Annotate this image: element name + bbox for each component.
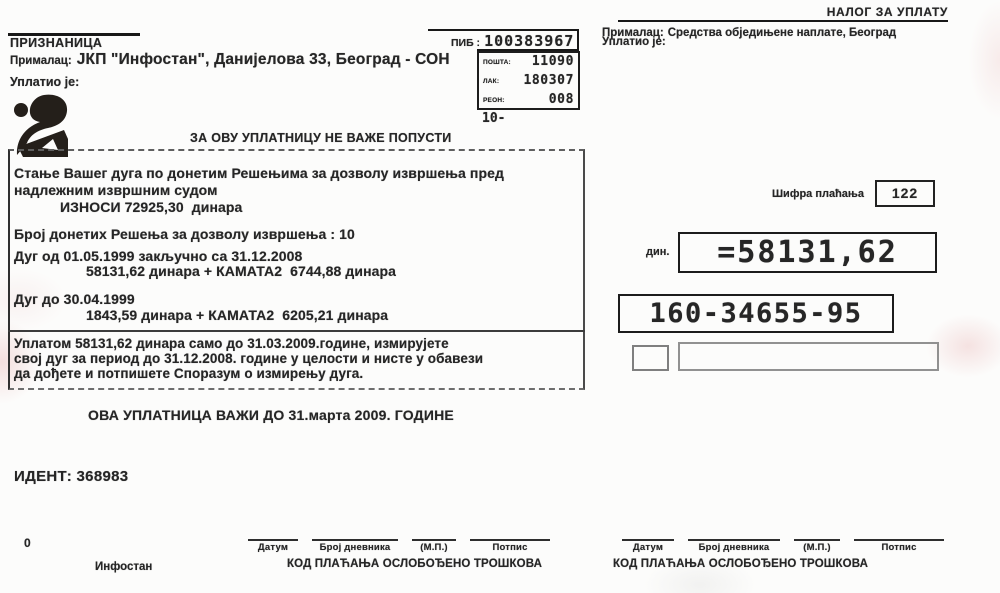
page-mark: 0 bbox=[24, 537, 31, 550]
receipt-title: ПРИЗНАНИЦА bbox=[10, 37, 102, 51]
empty-field-small bbox=[632, 345, 669, 371]
pib-label: ПИБ : bbox=[451, 38, 480, 50]
debt-box-divider bbox=[8, 330, 585, 332]
payment-code-label: Шифра плаћања bbox=[772, 188, 864, 200]
receipt-recipient-line: Прималац:ЈКП "Инфостан", Данијелова 33, … bbox=[10, 51, 450, 69]
currency-label: дин. bbox=[646, 246, 669, 258]
order-title-rule bbox=[618, 20, 948, 22]
posta-value: 11090 bbox=[511, 55, 574, 69]
signature-row-right: Датум Број дневника (М.П.) Потпис bbox=[622, 539, 944, 553]
debt-new-amount: 58131,62 динара + КАМАТА2 6744,88 динара bbox=[86, 264, 396, 279]
journal-number-field-label: Број дневника bbox=[688, 539, 780, 553]
debt-total-line: ИЗНОСИ 72925,30 динара bbox=[60, 200, 242, 215]
pib-value: 100383967 bbox=[484, 33, 574, 50]
pib-line: ПИБ : 100383967 bbox=[451, 33, 574, 50]
ident-number: ИДЕНТ: 368983 bbox=[14, 469, 128, 486]
signature-row-left: Датум Број дневника (М.П.) Потпис bbox=[248, 539, 550, 553]
stamp-field-label: (М.П.) bbox=[794, 539, 840, 553]
date-field-label: Датум bbox=[248, 539, 298, 553]
lak-value: 180307 bbox=[499, 74, 574, 88]
notice-line1: Уплатом 58131,62 динара само до 31.03.20… bbox=[14, 337, 449, 352]
order-recipient-value: Средства обједињене наплате, Београд bbox=[668, 27, 896, 39]
payment-code-box: 122 bbox=[875, 180, 935, 207]
order-title: НАЛОГ ЗА УПЛАТУ bbox=[618, 6, 948, 19]
debt-old-label: Дуг до 30.04.1999 bbox=[14, 292, 135, 307]
order-payer-label: Уплатио је: bbox=[602, 36, 666, 49]
reon-label: РЕОН: bbox=[483, 97, 505, 104]
lak-row: ЛАК: 180307 bbox=[479, 72, 578, 91]
receipt-payer-label: Уплатио је: bbox=[10, 76, 79, 90]
journal-number-field-label: Број дневника bbox=[312, 539, 398, 553]
account-number-box: 160-34655-95 bbox=[618, 294, 894, 333]
fee-exemption-note-left: КОД ПЛАЋАЊА ОСЛОБОЂЕНО ТРОШКОВА bbox=[287, 558, 542, 571]
signature-field-label: Потпис bbox=[470, 539, 550, 553]
account-number: 160-34655-95 bbox=[649, 299, 862, 329]
fee-exemption-note-right: КОД ПЛАЋАЊА ОСЛОБОЂЕНО ТРОШКОВА bbox=[613, 558, 868, 571]
post-code-box: ПОШТА: 11090 ЛАК: 180307 РЕОН: 008 bbox=[477, 51, 580, 110]
receipt-recipient-value: ЈКП "Инфостан", Данијелова 33, Београд -… bbox=[77, 51, 450, 68]
reon-row: РЕОН: 008 bbox=[479, 91, 578, 110]
date-field-label: Датум bbox=[622, 539, 674, 553]
receipt-recipient-label: Прималац: bbox=[10, 55, 72, 67]
org-name: Инфостан bbox=[95, 561, 152, 574]
pib-top-rule bbox=[428, 29, 579, 31]
posta-label: ПОШТА: bbox=[483, 59, 511, 66]
debt-decisions-line: Број донетих Решења за дозволу извршења … bbox=[14, 227, 355, 242]
post-code-row: ПОШТА: 11090 bbox=[479, 53, 578, 72]
signature-field-label: Потпис bbox=[854, 539, 944, 553]
validity-note: ОВА УПЛАТНИЦА ВАЖИ ДО 31.марта 2009. ГОД… bbox=[88, 408, 454, 423]
empty-field-long bbox=[678, 342, 939, 371]
debt-status-line2: надлежним извршним судом bbox=[14, 183, 218, 198]
pib-right-tick bbox=[577, 30, 579, 50]
route-suffix: 10- bbox=[482, 112, 505, 126]
notice-line2: свој дуг за период до 31.12.2008. године… bbox=[14, 352, 483, 367]
amount-box: =58131,62 bbox=[678, 232, 937, 273]
no-discount-note: ЗА ОВУ УПЛАТНИЦУ НЕ ВАЖЕ ПОПУСТИ bbox=[190, 132, 452, 146]
debt-old-amount: 1843,59 динара + КАМАТА2 6205,21 динара bbox=[86, 308, 388, 323]
payment-slip-scan: ПРИЗНАНИЦА Прималац:ЈКП "Инфостан", Дани… bbox=[0, 0, 1000, 593]
debt-status-line1: Стање Вашег дуга по донетим Решењима за … bbox=[14, 166, 504, 181]
notice-line3: да дођете и потпишете Споразум о измирењ… bbox=[14, 367, 363, 382]
amount-value: =58131,62 bbox=[717, 236, 898, 269]
lak-label: ЛАК: bbox=[483, 78, 499, 85]
payment-code-value: 122 bbox=[892, 186, 918, 201]
stamp-field-label: (М.П.) bbox=[412, 539, 456, 553]
reon-value: 008 bbox=[505, 93, 574, 107]
